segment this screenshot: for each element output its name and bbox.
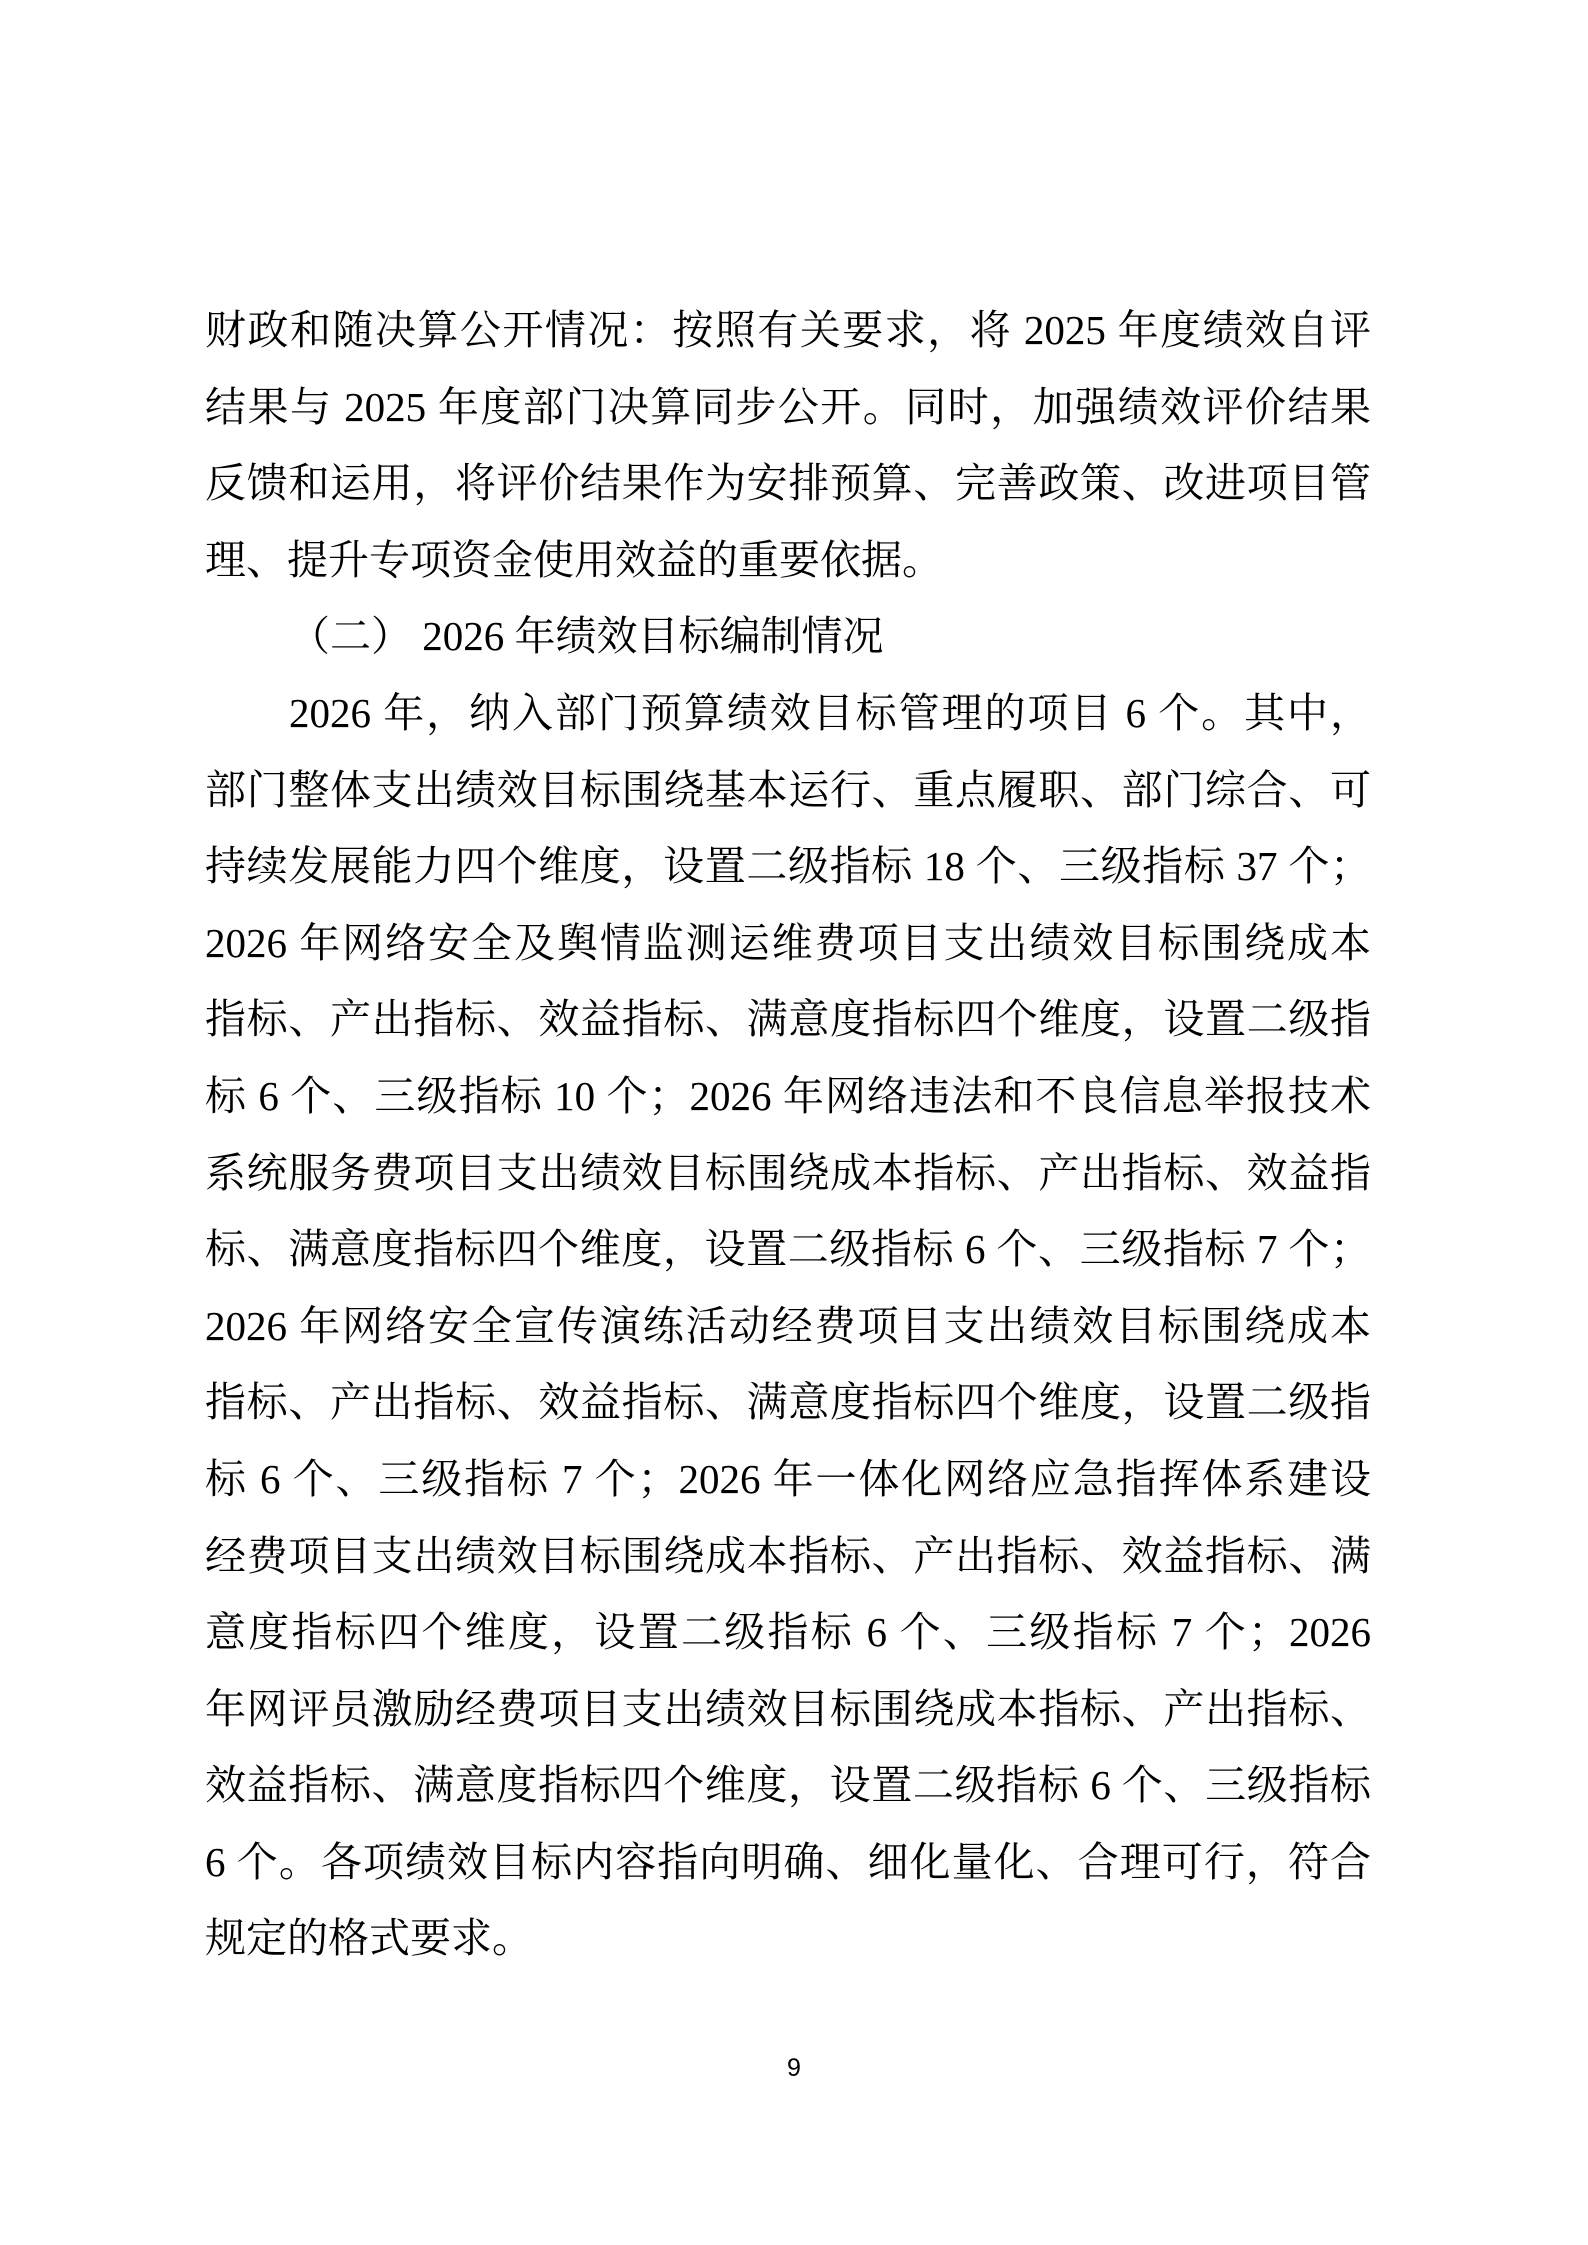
- section-heading: （二） 2026 年绩效目标编制情况: [205, 598, 1371, 675]
- text-line: 标 6 个、三级指标 7 个；2026 年一体化网络应急指挥体系建设: [205, 1441, 1371, 1518]
- text-line: 财政和随决算公开情况：按照有关要求，将 2025 年度绩效自评: [205, 292, 1371, 369]
- text-line: 系统服务费项目支出绩效目标围绕成本指标、产出指标、效益指: [205, 1135, 1371, 1212]
- text-line: 规定的格式要求。: [205, 1900, 1371, 1977]
- text-block: 财政和随决算公开情况：按照有关要求，将 2025 年度绩效自评 结果与 2025…: [205, 292, 1371, 1977]
- text-line: 6 个。各项绩效目标内容指向明确、细化量化、合理可行，符合: [205, 1824, 1371, 1901]
- text-line: 指标、产出指标、效益指标、满意度指标四个维度，设置二级指: [205, 1364, 1371, 1441]
- document-page: 财政和随决算公开情况：按照有关要求，将 2025 年度绩效自评 结果与 2025…: [0, 0, 1588, 2245]
- text-line: 2026 年，纳入部门预算绩效目标管理的项目 6 个。其中，: [205, 675, 1371, 752]
- page-number: 9: [0, 2052, 1588, 2084]
- text-line: 理、提升专项资金使用效益的重要依据。: [205, 522, 1371, 599]
- text-line: 标 6 个、三级指标 10 个；2026 年网络违法和不良信息举报技术: [205, 1058, 1371, 1135]
- text-line: 年网评员激励经费项目支出绩效目标围绕成本指标、产出指标、: [205, 1671, 1371, 1748]
- text-line: 指标、产出指标、效益指标、满意度指标四个维度，设置二级指: [205, 981, 1371, 1058]
- text-line: 反馈和运用，将评价结果作为安排预算、完善政策、改进项目管: [205, 445, 1371, 522]
- text-line: 经费项目支出绩效目标围绕成本指标、产出指标、效益指标、满: [205, 1518, 1371, 1595]
- text-line: 结果与 2025 年度部门决算同步公开。同时，加强绩效评价结果: [205, 369, 1371, 446]
- text-line: 2026 年网络安全宣传演练活动经费项目支出绩效目标围绕成本: [205, 1288, 1371, 1365]
- text-line: 意度指标四个维度，设置二级指标 6 个、三级指标 7 个；2026: [205, 1594, 1371, 1671]
- text-line: 持续发展能力四个维度，设置二级指标 18 个、三级指标 37 个；: [205, 828, 1371, 905]
- text-line: 2026 年网络安全及舆情监测运维费项目支出绩效目标围绕成本: [205, 905, 1371, 982]
- text-line: 效益指标、满意度指标四个维度，设置二级指标 6 个、三级指标: [205, 1747, 1371, 1824]
- text-line: 部门整体支出绩效目标围绕基本运行、重点履职、部门综合、可: [205, 752, 1371, 829]
- text-line: 标、满意度指标四个维度，设置二级指标 6 个、三级指标 7 个；: [205, 1211, 1371, 1288]
